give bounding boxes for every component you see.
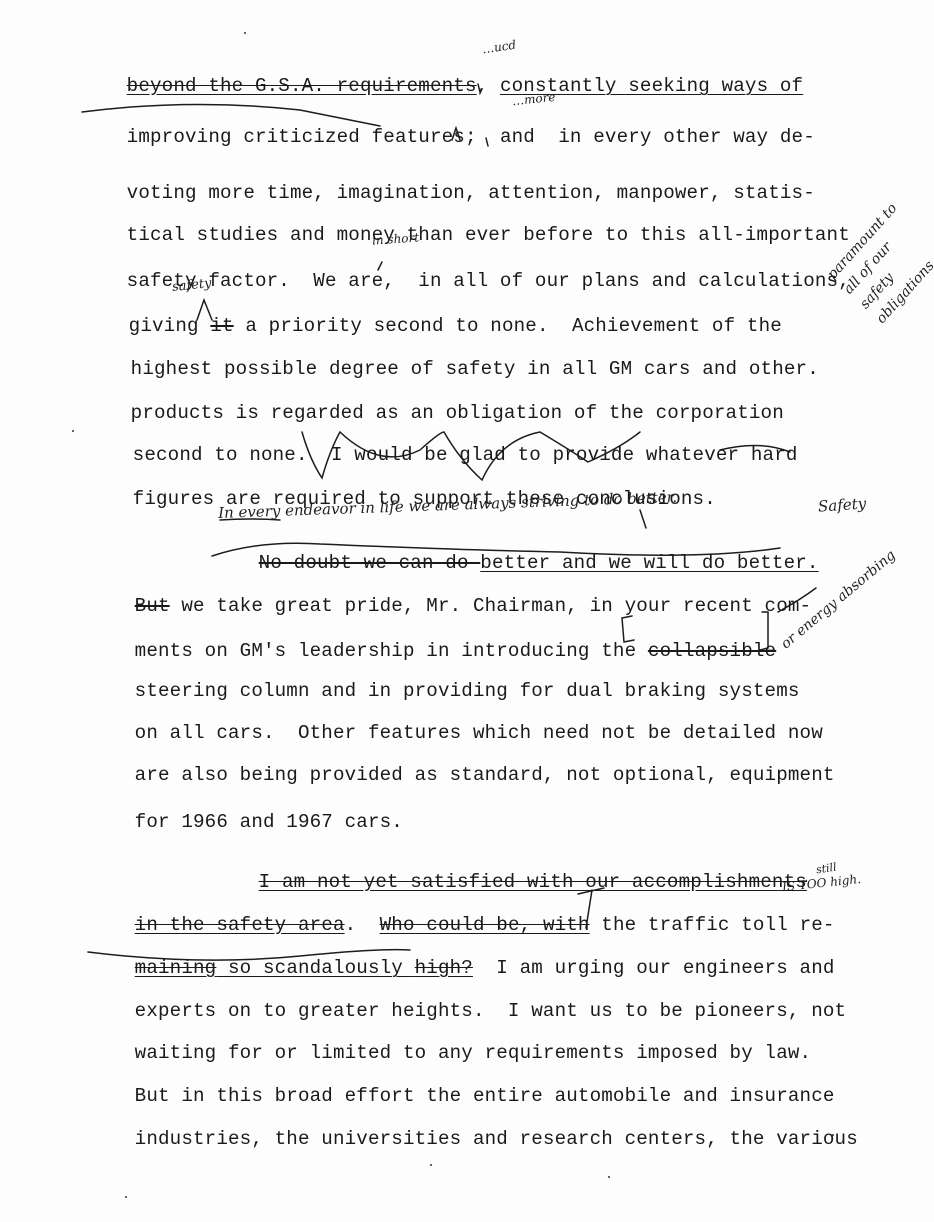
text-segment: highest possible degree of safety in all…: [131, 358, 819, 380]
text-segment: But in this broad effort the entire auto…: [135, 1085, 835, 1107]
scan-speck: [430, 1164, 432, 1166]
scan-speck: [125, 1196, 127, 1198]
text-segment: for 1966 and 1967 cars.: [135, 811, 403, 833]
struck-text: beyond the G.S.A. requirements: [127, 75, 477, 97]
text-segment: improving criticized features: [127, 126, 465, 148]
underlined-text: better and we will do better.: [480, 552, 818, 574]
scan-speck: [244, 32, 246, 34]
text-segment: on all cars. Other features which need n…: [135, 722, 823, 744]
text-segment: safety factor. We are, in all of our pla…: [127, 270, 850, 292]
struck-text: it: [210, 315, 233, 337]
text-segment: I am urging our engineers and: [473, 957, 835, 979]
scan-speck: [832, 1134, 834, 1136]
struck-text: But: [135, 595, 170, 617]
text-segment: waiting for or limited to any requiremen…: [135, 1042, 812, 1064]
handwritten-note-safety: Safety: [817, 494, 866, 515]
text-segment: industries, the universities and researc…: [135, 1128, 858, 1150]
struck-text: in the safety area: [135, 914, 345, 936]
struck-text: Who could be, with: [380, 914, 590, 936]
text-segment: giving: [129, 315, 211, 337]
struck-text: No doubt we can do: [259, 552, 481, 574]
struck-text: I am not yet satisfied with our accompli…: [259, 871, 807, 893]
text-segment: experts on to greater heights. I want us…: [135, 1000, 847, 1022]
text-segment: ; and in every other way de-: [465, 126, 815, 148]
text-segment: steering column and in providing for dua…: [135, 680, 800, 702]
scan-speck: [72, 430, 74, 432]
document-page: beyond the G.S.A. requirements, constant…: [0, 0, 934, 1222]
text-segment: the traffic toll re-: [590, 914, 835, 936]
struck-text: maining: [135, 957, 217, 979]
text-line-17: for 1966 and 1967 cars.: [88, 789, 403, 855]
text-segment: products is regarded as an obligation of…: [131, 402, 784, 424]
text-segment: tical studies and money than ever before…: [127, 224, 850, 246]
text-segment: ,: [477, 75, 500, 97]
struck-text: high?: [415, 957, 473, 979]
scan-speck: [608, 1176, 610, 1178]
text-segment: are also being provided as standard, not…: [135, 764, 835, 786]
text-segment: a priority second to none. Achievement o…: [234, 315, 782, 337]
text-line-24: industries, the universities and researc…: [88, 1106, 858, 1172]
text-segment: voting more time, imagination, attention…: [127, 182, 815, 204]
underlined-text: so scandalously: [216, 957, 414, 979]
text-segment: .: [345, 914, 380, 936]
text-segment: second to none. I would be glad to provi…: [133, 444, 798, 466]
text-segment: we take great pride, Mr. Chairman, in yo…: [170, 595, 812, 617]
